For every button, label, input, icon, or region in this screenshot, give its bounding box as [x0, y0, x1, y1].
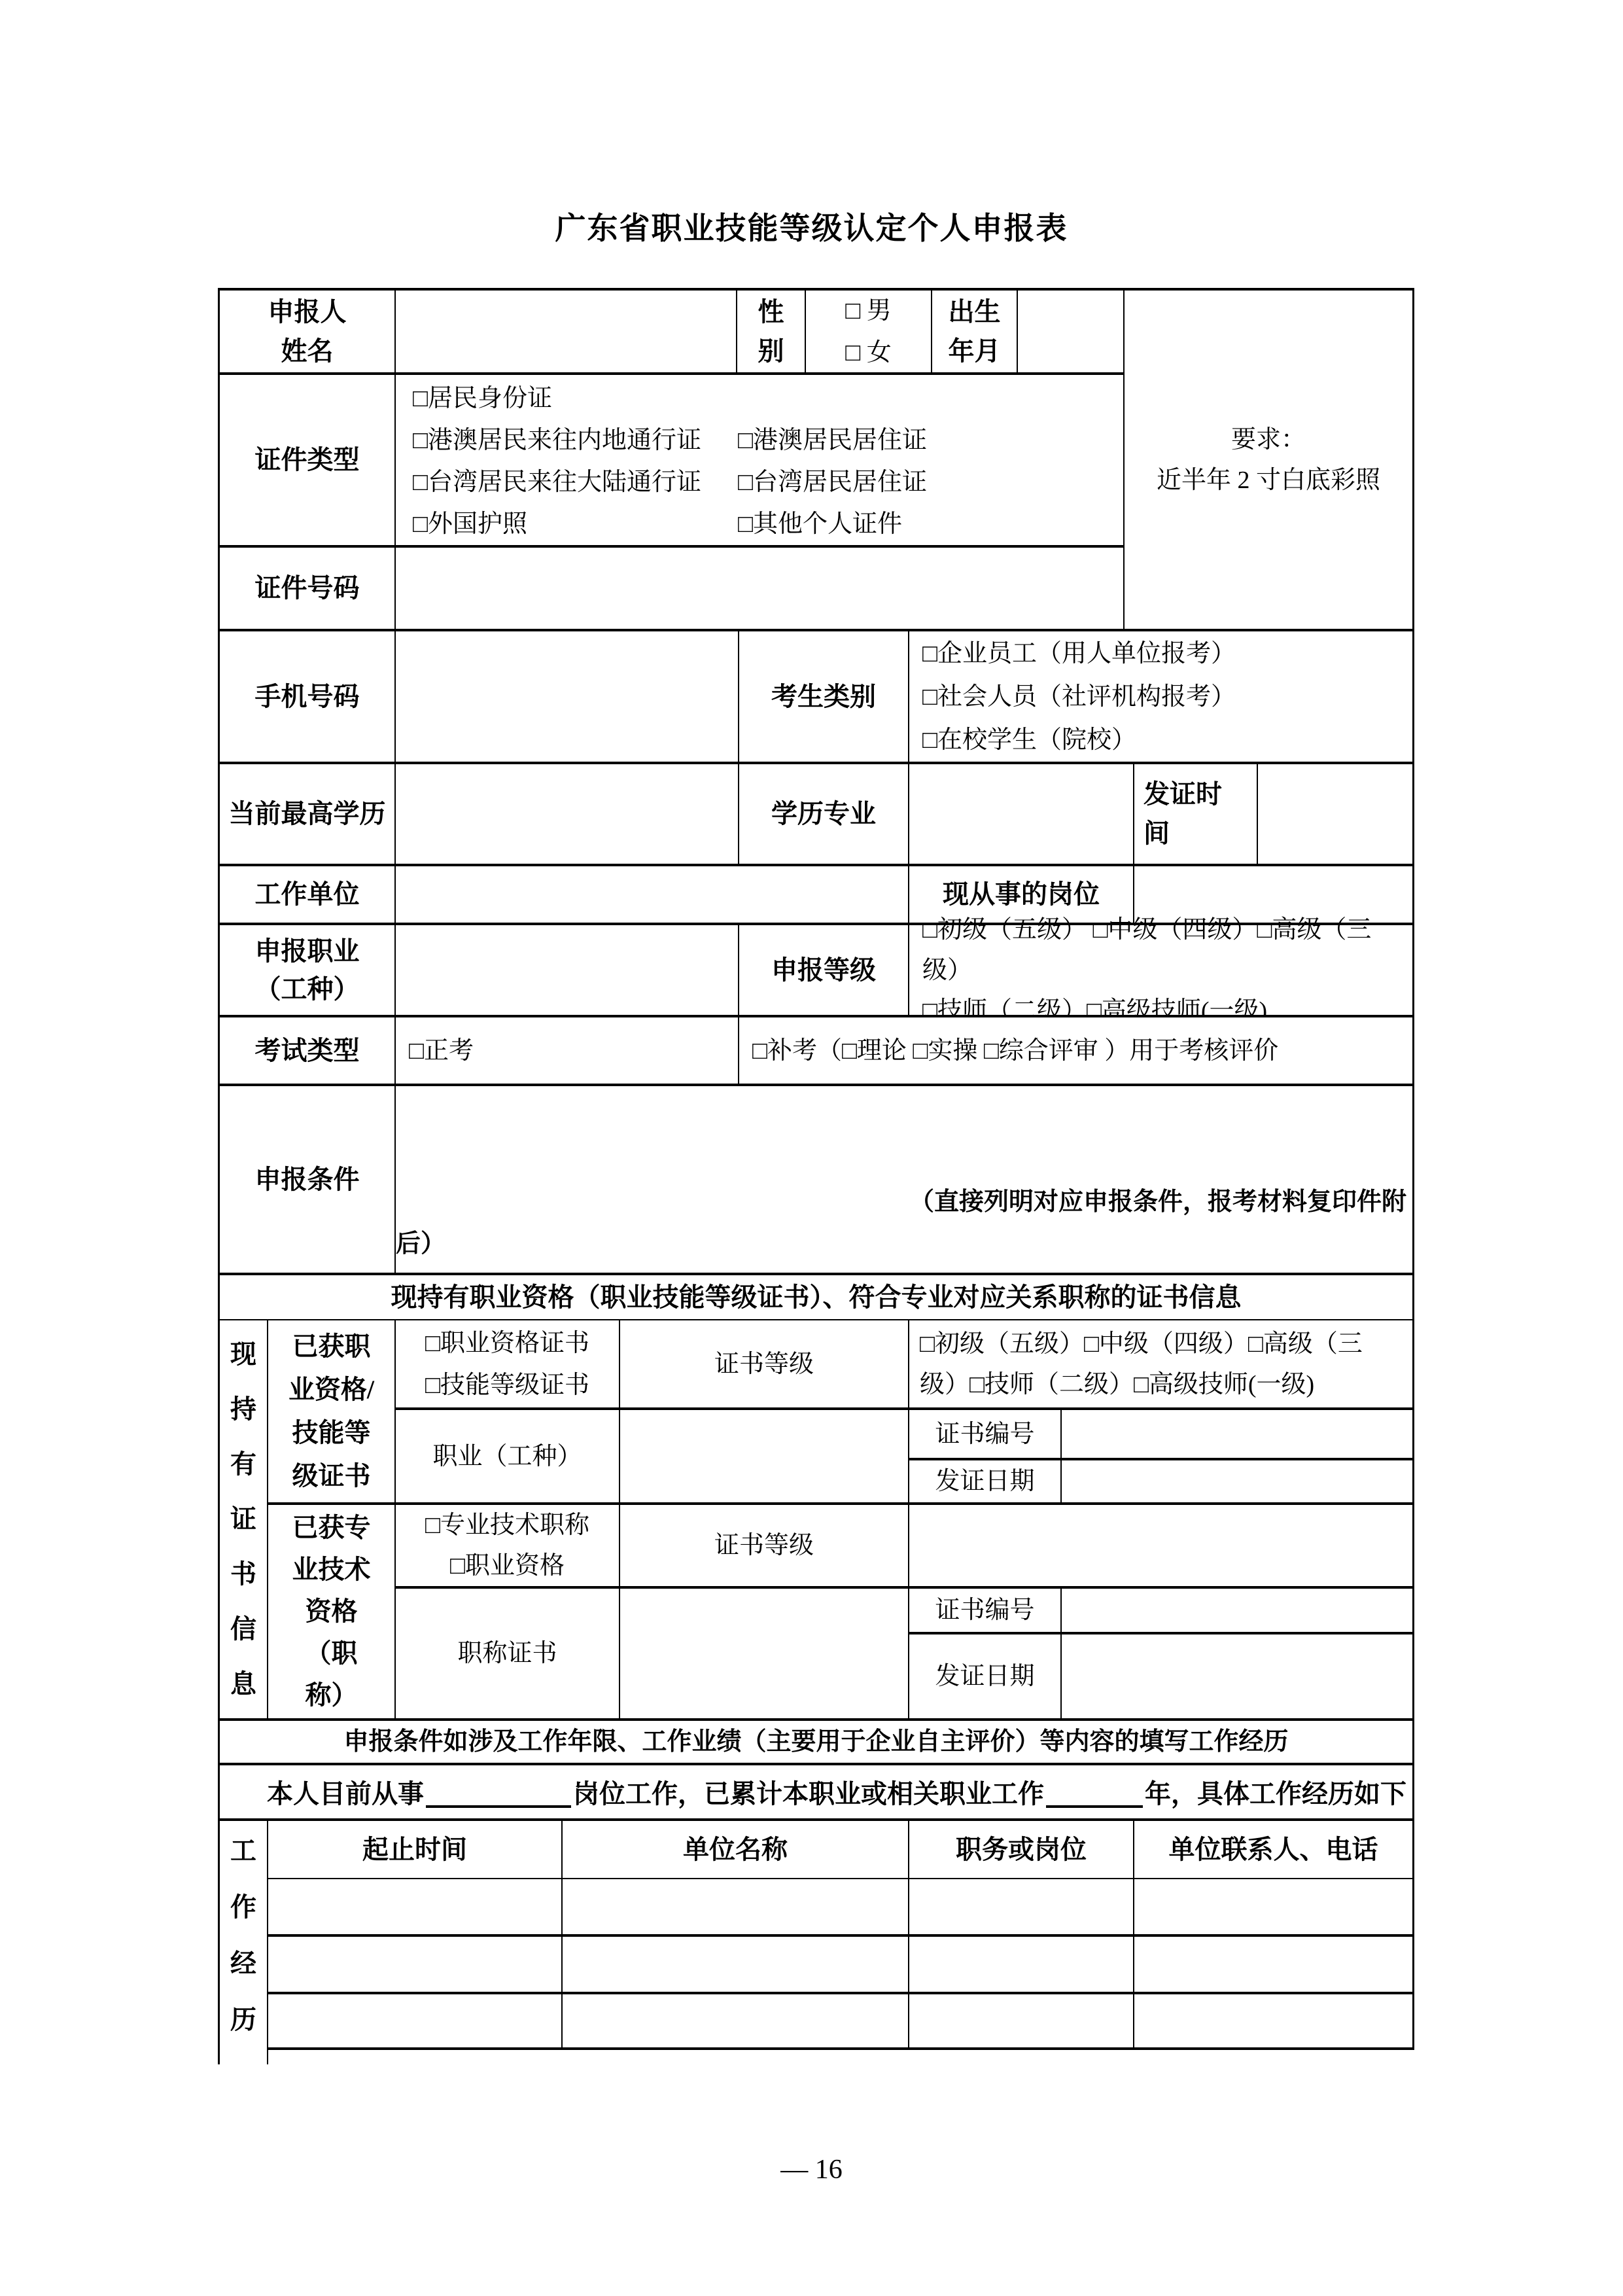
birth-date-field	[1018, 288, 1125, 375]
major-label: 学历专业	[739, 764, 909, 866]
candidate-type-option-list: □企业员工（用人单位报考） □社会人员（社评机构报考） □在校学生（院校）	[909, 632, 1236, 762]
id-type-option: □港澳居民来往内地通行证	[413, 419, 738, 461]
id-number-field	[396, 548, 1125, 631]
intro-segment: 岗位工作，已累计本职业或相关职业工作	[573, 1773, 1044, 1810]
block1-cert-no-field	[1062, 1410, 1414, 1460]
exam-type-label: 考试类型	[218, 1017, 396, 1086]
work-row-cell	[268, 1994, 563, 2050]
employer-label: 工作单位	[218, 866, 396, 925]
id-type-option: □台湾居民居住证	[738, 461, 927, 503]
block1-cert-level-options: □初级（五级）□中级（四级）□高级（三 级）□技师（二级）□高级技师(一级)	[909, 1320, 1414, 1410]
work-row-cell	[563, 1937, 909, 1994]
block2-issue-date-label: 发证日期	[909, 1634, 1062, 1721]
application-conditions-note: （直接列明对应申报条件，报考材料复印件附后）	[396, 1181, 1407, 1265]
block1-issue-date-field	[1062, 1460, 1414, 1505]
diploma-issue-time-label: 发证时 间	[1134, 764, 1258, 866]
block2-cert-type-options: □专业技术职称 □职业资格	[396, 1505, 620, 1589]
work-history-section-header: 申报条件如涉及工作年限、工作业绩（主要用于企业自主评价）等内容的填写工作经历	[218, 1721, 1414, 1765]
certificates-section-header: 现持有职业资格（职业技能等级证书）、符合专业对应关系职称的证书信息	[218, 1275, 1414, 1320]
block2-cert-level-field	[909, 1505, 1414, 1589]
id-type-option-row: □外国护照□其他个人证件	[396, 503, 1123, 545]
block1-label: 已获职 业资格/ 技能等 级证书	[268, 1320, 396, 1505]
blank-underline	[426, 1776, 571, 1808]
id-type-option-row: □居民身份证	[396, 378, 1123, 419]
block2-title-cert-field	[620, 1589, 909, 1721]
work-row-cell	[1134, 1879, 1414, 1937]
education-field	[396, 764, 739, 866]
education-label: 当前最高学历	[218, 764, 396, 866]
page-number: — 16	[0, 2154, 1623, 2185]
candidate-type-label: 考生类别	[739, 631, 909, 764]
employer-field	[396, 866, 909, 925]
id-type-options: □居民身份证 □港澳居民来往内地通行证□港澳居民居住证 □台湾居民来往大陆通行证…	[396, 375, 1125, 548]
applied-level-options: □初级（五级） □中级（四级）□高级（三级） □技师（二级）□高级技师(一级)	[909, 925, 1414, 1017]
block2-cert-no-field	[1062, 1589, 1414, 1634]
applied-occupation-field	[396, 925, 739, 1017]
block1-issue-date-label: 发证日期	[909, 1460, 1062, 1505]
work-row-cell	[1134, 1994, 1414, 2050]
certificates-side-label: 现持有证书信息	[218, 1320, 268, 1721]
applied-level-label: 申报等级	[739, 925, 909, 1017]
id-type-option-row: □台湾居民来往大陆通行证□台湾居民居住证	[396, 461, 1123, 503]
id-type-option: □港澳居民居住证	[738, 419, 927, 461]
page-title: 广东省职业技能等级认定个人申报表	[0, 204, 1623, 248]
work-row-cell	[1134, 1937, 1414, 1994]
col-header-contact: 单位联系人、电话	[1134, 1821, 1414, 1879]
work-row-cell	[909, 1994, 1134, 2050]
gender-checkboxes: □ 男 □ 女	[806, 288, 932, 375]
intro-segment: 本人目前从事	[267, 1773, 424, 1810]
work-history-intro: 本人目前从事岗位工作，已累计本职业或相关职业工作年，具体工作经历如下	[218, 1765, 1414, 1821]
work-row-cell	[909, 1937, 1134, 1994]
id-type-option-row: □港澳居民来往内地通行证□港澳居民居住证	[396, 419, 1123, 461]
exam-type-makeup-option: □补考（□理论 □实操 □综合评审 ）用于考核评价	[739, 1030, 1278, 1072]
candidate-type-options: □企业员工（用人单位报考） □社会人员（社评机构报考） □在校学生（院校）	[909, 631, 1414, 764]
exam-type-main-option: □正考	[396, 1030, 474, 1072]
block1-cert-no-label: 证书编号	[909, 1410, 1062, 1460]
diploma-issue-time-field	[1258, 764, 1414, 866]
id-number-label: 证件号码	[218, 548, 396, 631]
id-type-option: □其他个人证件	[738, 503, 902, 545]
application-conditions-label: 申报条件	[218, 1086, 396, 1275]
block1-cert-level-label: 证书等级	[620, 1320, 909, 1410]
applicant-name-field	[396, 288, 737, 375]
work-history-side-label: 工作经历	[218, 1821, 268, 2064]
work-row-cell	[563, 1994, 909, 2050]
application-conditions-field: （直接列明对应申报条件，报考材料复印件附后）	[396, 1086, 1414, 1275]
mobile-field	[396, 631, 739, 764]
col-header-period: 起止时间	[268, 1821, 563, 1879]
certificates-side-label-text: 现持有证书信息	[229, 1327, 258, 1712]
applied-occupation-label: 申报职业 （工种）	[218, 925, 396, 1017]
exam-type-main: □正考	[396, 1017, 739, 1086]
block2-cert-no-label: 证书编号	[909, 1589, 1062, 1634]
major-field	[909, 764, 1134, 866]
block1-occupation-field	[620, 1410, 909, 1505]
applicant-name-label: 申报人 姓名	[218, 288, 396, 375]
exam-type-makeup: □补考（□理论 □实操 □综合评审 ）用于考核评价	[739, 1017, 1414, 1086]
intro-segment: 年，具体工作经历如下	[1145, 1773, 1406, 1810]
block1-cert-type-options: □职业资格证书 □技能等级证书	[396, 1320, 620, 1410]
block2-label: 已获专 业技术 资格 （职 称）	[268, 1505, 396, 1721]
col-header-post: 职务或岗位	[909, 1821, 1134, 1879]
blank-underline	[1046, 1776, 1143, 1808]
block2-issue-date-field	[1062, 1634, 1414, 1721]
form-page: 广东省职业技能等级认定个人申报表 申报人 姓名 性 别 □ 男 □ 女 出生 年…	[0, 0, 1623, 2296]
birth-date-label: 出生 年月	[932, 288, 1018, 375]
block1-occupation-label: 职业（工种）	[396, 1410, 620, 1505]
work-row-cell	[268, 1937, 563, 1994]
id-type-option: □台湾居民来往大陆通行证	[413, 461, 738, 503]
id-type-option: □居民身份证	[413, 378, 738, 419]
work-history-side-label-wrap: 工作经历	[229, 1821, 258, 2050]
mobile-label: 手机号码	[218, 631, 396, 764]
id-type-label: 证件类型	[218, 375, 396, 548]
work-row-cell	[268, 1879, 563, 1937]
id-type-option: □外国护照	[413, 503, 738, 545]
block2-title-cert-label: 职称证书	[396, 1589, 620, 1721]
photo-requirement-cell: 要求： 近半年 2 寸白底彩照	[1125, 288, 1414, 631]
work-row-cell	[563, 1879, 909, 1937]
block1-cert-level-option-list: □初级（五级）□中级（四级）□高级（三 级）□技师（二级）□高级技师(一级)	[909, 1324, 1363, 1405]
applied-level-option-list: □初级（五级） □中级（四级）□高级（三级） □技师（二级）□高级技师(一级)	[909, 910, 1412, 1031]
work-history-side-label-text: 工作经历	[229, 1823, 258, 2048]
col-header-employer: 单位名称	[563, 1821, 909, 1879]
work-row-cell	[909, 1879, 1134, 1937]
gender-label: 性 别	[737, 288, 806, 375]
block2-cert-level-label: 证书等级	[620, 1505, 909, 1589]
